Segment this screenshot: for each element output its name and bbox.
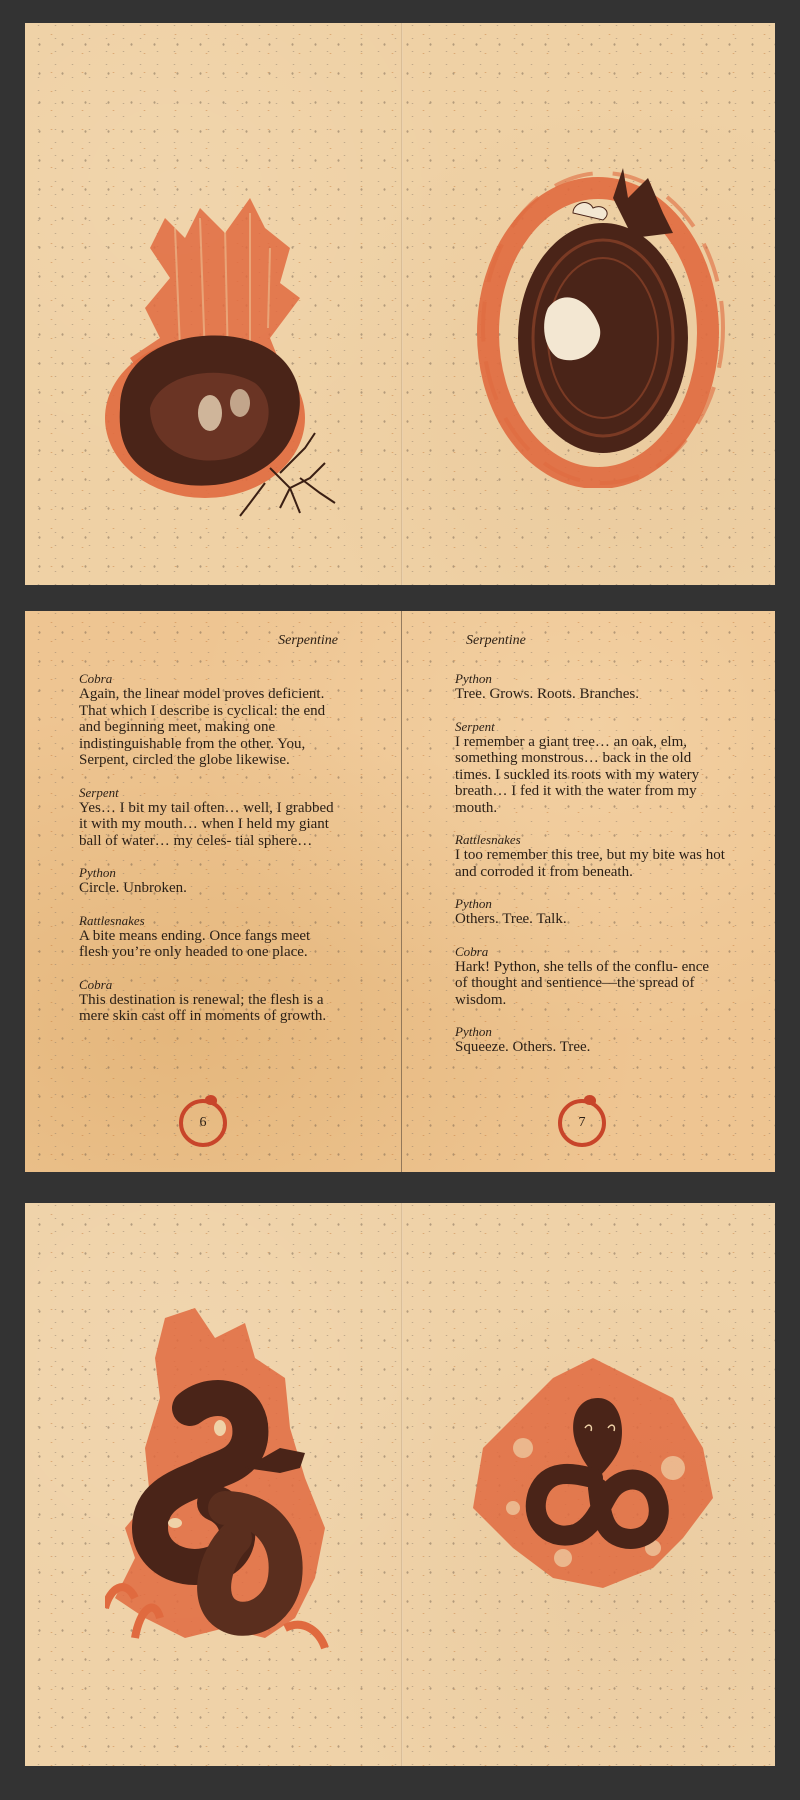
running-head: Serpentine (278, 633, 338, 649)
dialogue-entry: Cobra This destination is renewal; the f… (79, 977, 341, 1025)
speech-text: I remember a giant tree… an oak, elm, so… (455, 734, 725, 817)
dialogue-entry: Python Squeeze. Others. Tree. (455, 1024, 725, 1056)
page-right-illustration (403, 1203, 775, 1766)
speech-text: Squeeze. Others. Tree. (455, 1039, 725, 1056)
dialogue-block: Cobra Again, the linear model proves def… (79, 671, 341, 1041)
cobra-triple-loop-illustration (453, 1328, 733, 1608)
dialogue-entry: Python Circle. Unbroken. (79, 865, 341, 897)
dialogue-entry: Serpent I remember a giant tree… an oak,… (455, 719, 725, 817)
serpent-circle-with-wave-illustration (473, 158, 733, 488)
speech-text: Tree. Grows. Roots. Branches. (455, 686, 725, 703)
dialogue-entry: Rattlesnakes I too remember this tree, b… (455, 832, 725, 880)
speaker-name: Python (79, 865, 341, 880)
dialogue-entry: Python Tree. Grows. Roots. Branches. (455, 671, 725, 703)
dialogue-entry: Rattlesnakes A bite means ending. Once f… (79, 913, 341, 961)
speaker-name: Cobra (455, 944, 725, 959)
speech-text: Again, the linear model proves deficient… (79, 686, 341, 769)
speech-text: A bite means ending. Once fangs meet fle… (79, 928, 341, 961)
page-7: Serpentine Python Tree. Grows. Roots. Br… (403, 611, 775, 1172)
running-head: Serpentine (466, 633, 526, 649)
speaker-name: Cobra (79, 977, 341, 992)
speech-text: I too remember this tree, but my bite wa… (455, 847, 725, 880)
page-number-ouroboros: 7 (558, 1099, 606, 1147)
speaker-name: Python (455, 896, 725, 911)
coiled-serpent-with-roots-illustration (90, 188, 350, 518)
dialogue-entry: Python Others. Tree. Talk. (455, 896, 725, 928)
page-number: 6 (200, 1115, 207, 1131)
speech-text: Yes… I bit my tail often… well, I grabbe… (79, 800, 341, 850)
page-left-illustration (25, 23, 401, 585)
page-right-illustration (403, 23, 775, 585)
gutter-fold (401, 611, 402, 1172)
dialogue-block: Python Tree. Grows. Roots. Branches. Ser… (455, 671, 725, 1072)
page-6: Serpentine Cobra Again, the linear model… (25, 611, 401, 1172)
speech-text: Others. Tree. Talk. (455, 911, 725, 928)
speaker-name: Python (455, 671, 725, 686)
speech-text: Hark! Python, she tells of the conflu- e… (455, 959, 725, 1009)
speaker-name: Rattlesnakes (455, 832, 725, 847)
speaker-name: Serpent (79, 785, 341, 800)
spread-illustration-1 (25, 23, 775, 585)
speaker-name: Cobra (79, 671, 341, 686)
rattlesnake-figure-eight-illustration (105, 1298, 345, 1658)
spread-illustration-2 (25, 1203, 775, 1766)
speaker-name: Serpent (455, 719, 725, 734)
page-number: 7 (579, 1115, 586, 1131)
dialogue-entry: Cobra Again, the linear model proves def… (79, 671, 341, 769)
speech-text: Circle. Unbroken. (79, 880, 341, 897)
spread-text-pages-6-7: Serpentine Cobra Again, the linear model… (25, 611, 775, 1172)
page-number-ouroboros: 6 (179, 1099, 227, 1147)
dialogue-entry: Serpent Yes… I bit my tail often… well, … (79, 785, 341, 850)
speech-text: This destination is renewal; the flesh i… (79, 992, 341, 1025)
dialogue-entry: Cobra Hark! Python, she tells of the con… (455, 944, 725, 1009)
speaker-name: Rattlesnakes (79, 913, 341, 928)
speaker-name: Python (455, 1024, 725, 1039)
page-left-illustration (25, 1203, 401, 1766)
